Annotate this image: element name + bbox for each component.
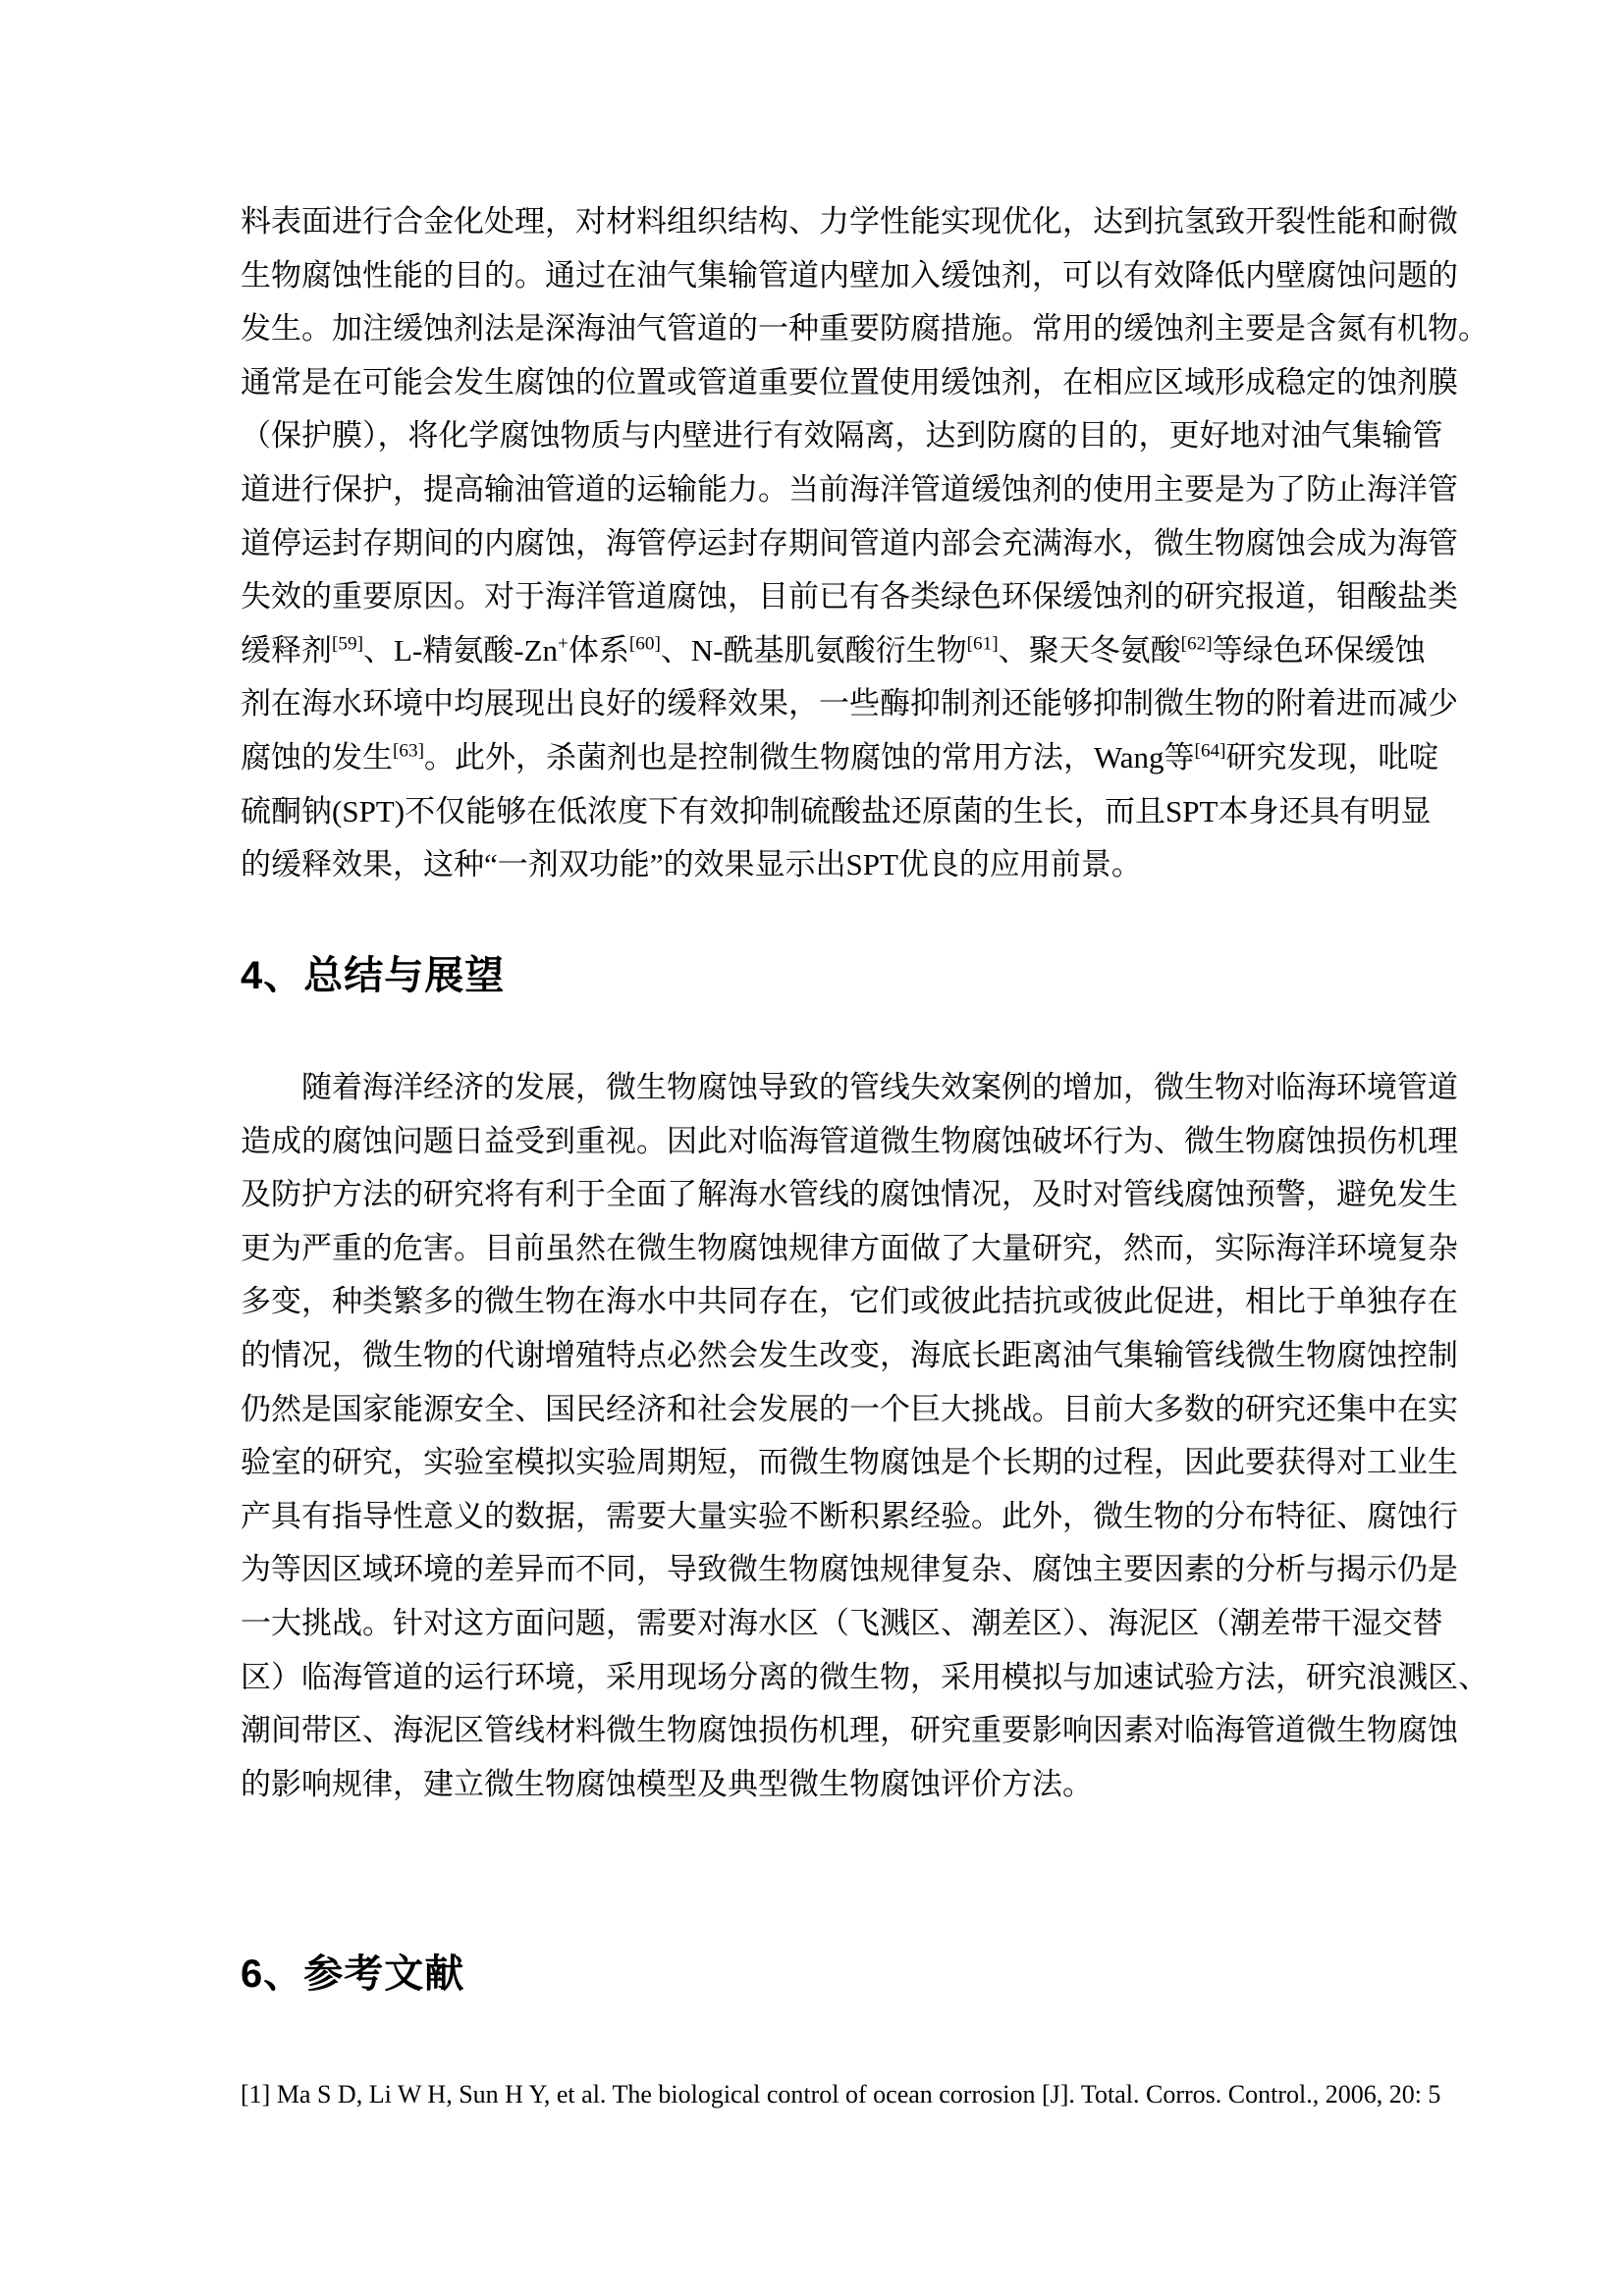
section-heading-summary: 4、总结与展望 [241, 953, 1380, 998]
superscript-plus: + [558, 633, 568, 654]
text-line: 产具有指导性意义的数据，需要大量实验不断积累经验。此外，微生物的分布特征、腐蚀行 [241, 1490, 1380, 1544]
text-line: 道停运封存期间的内腐蚀，海管停运封存期间管道内部会充满海水，微生物腐蚀会成为海管 [241, 517, 1380, 571]
text-line: 区）临海管道的运行环境，采用现场分离的微生物，采用模拟与加速试验方法，研究浪溅区… [241, 1651, 1380, 1705]
text-segment: 缓释剂 [241, 633, 332, 667]
text-segment: 腐蚀的发生 [241, 740, 393, 774]
citation-ref-59: [59] [332, 633, 363, 654]
text-line: 生物腐蚀性能的目的。通过在油气集输管道内壁加入缓蚀剂，可以有效降低内壁腐蚀问题的 [241, 249, 1380, 303]
text-segment: 体系 [568, 633, 629, 667]
text-line: （保护膜），将化学腐蚀物质与内壁进行有效隔离，达到防腐的目的，更好地对油气集输管 [241, 409, 1380, 463]
citation-ref-64: [64] [1195, 741, 1226, 762]
citation-ref-60: [60] [629, 633, 661, 654]
text-line: 发生。加注缓蚀剂法是深海油气管道的一种重要防腐措施。常用的缓蚀剂主要是含氮有机物… [241, 302, 1380, 356]
paragraph-summary-outlook: 随着海洋经济的发展，微生物腐蚀导致的管线失效案例的增加，微生物对临海环境管道 造… [241, 1061, 1380, 1811]
text-line: 料表面进行合金化处理，对材料组织结构、力学性能实现优化，达到抗氢致开裂性能和耐微 [241, 195, 1380, 249]
text-line: 剂在海水环境中均展现出良好的缓释效果，一些酶抑制剂还能够抑制微生物的附着进而减少 [241, 677, 1380, 731]
text-line: 失效的重要原因。对于海洋管道腐蚀，目前已有各类绿色环保缓蚀剂的研究报道，钼酸盐类 [241, 570, 1380, 624]
citation-ref-62: [62] [1181, 633, 1213, 654]
text-line: 多变，种类繁多的微生物在海水中共同存在，它们或彼此拮抗或彼此促进，相比于单独存在 [241, 1275, 1380, 1329]
text-segment: 、聚天冬氨酸 [999, 633, 1181, 667]
document-page: 料表面进行合金化处理，对材料组织结构、力学性能实现优化，达到抗氢致开裂性能和耐微… [0, 0, 1624, 2296]
text-line: 及防护方法的研究将有利于全面了解海水管线的腐蚀情况，及时对管线腐蚀预警，避免发生 [241, 1168, 1380, 1222]
text-line: 的情况，微生物的代谢增殖特点必然会发生改变，海底长距离油气集输管线微生物腐蚀控制 [241, 1329, 1380, 1383]
text-line: 造成的腐蚀问题日益受到重视。因此对临海管道微生物腐蚀破坏行为、微生物腐蚀损伤机理 [241, 1115, 1380, 1169]
text-line: 通常是在可能会发生腐蚀的位置或管道重要位置使用缓蚀剂，在相应区域形成稳定的蚀剂膜 [241, 356, 1380, 410]
text-line: 硫酮钠(SPT)不仅能够在低浓度下有效抑制硫酸盐还原菌的生长，而且SPT本身还具… [241, 785, 1380, 839]
section-heading-references: 6、参考文献 [241, 1951, 1380, 1997]
text-line: 的影响规律，建立微生物腐蚀模型及典型微生物腐蚀评价方法。 [241, 1758, 1380, 1812]
paragraph-corrosion-inhibitors: 料表面进行合金化处理，对材料组织结构、力学性能实现优化，达到抗氢致开裂性能和耐微… [241, 195, 1380, 892]
text-segment: 、L-精氨酸-Zn [363, 633, 558, 667]
text-line: 一大挑战。针对这方面问题，需要对海水区（飞溅区、潮差区）、海泥区（潮差带干湿交替 [241, 1597, 1380, 1651]
text-line-with-citations: 缓释剂[59]、L-精氨酸-Zn+体系[60]、N-酰基肌氨酸衍生物[61]、聚… [241, 624, 1380, 678]
text-line: 随着海洋经济的发展，微生物腐蚀导致的管线失效案例的增加，微生物对临海环境管道 [241, 1061, 1380, 1115]
text-line: 道进行保护，提高输油管道的运输能力。当前海洋管道缓蚀剂的使用主要是为了防止海洋管 [241, 463, 1380, 517]
text-line: 的缓释效果，这种“一剂双功能”的效果显示出SPT优良的应用前景。 [241, 838, 1380, 892]
text-line: 为等因区域环境的差异而不同，导致微生物腐蚀规律复杂、腐蚀主要因素的分析与揭示仍是 [241, 1543, 1380, 1597]
text-segment: 等绿色环保缓蚀 [1213, 633, 1426, 667]
text-segment: 。此外，杀菌剂也是控制微生物腐蚀的常用方法，Wang等 [424, 740, 1195, 774]
text-line: 验室的研究，实验室模拟实验周期短，而微生物腐蚀是个长期的过程，因此要获得对工业生 [241, 1436, 1380, 1490]
text-line: 仍然是国家能源安全、国民经济和社会发展的一个巨大挑战。目前大多数的研究还集中在实 [241, 1383, 1380, 1437]
reference-entry-1: [1] Ma S D, Li W H, Sun H Y, et al. The … [241, 2079, 1458, 2110]
text-segment: 随着海洋经济的发展，微生物腐蚀导致的管线失效案例的增加，微生物对临海环境管道 [301, 1070, 1458, 1104]
citation-ref-63: [63] [393, 741, 424, 762]
text-line-with-citations: 腐蚀的发生[63]。此外，杀菌剂也是控制微生物腐蚀的常用方法，Wang等[64]… [241, 731, 1380, 785]
text-line: 更为严重的危害。目前虽然在微生物腐蚀规律方面做了大量研究，然而，实际海洋环境复杂 [241, 1222, 1380, 1276]
text-segment: 研究发现，吡啶 [1226, 740, 1439, 774]
text-line: 潮间带区、海泥区管线材料微生物腐蚀损伤机理，研究重要影响因素对临海管道微生物腐蚀 [241, 1704, 1380, 1758]
citation-ref-61: [61] [967, 633, 999, 654]
text-segment: 、N-酰基肌氨酸衍生物 [661, 633, 967, 667]
